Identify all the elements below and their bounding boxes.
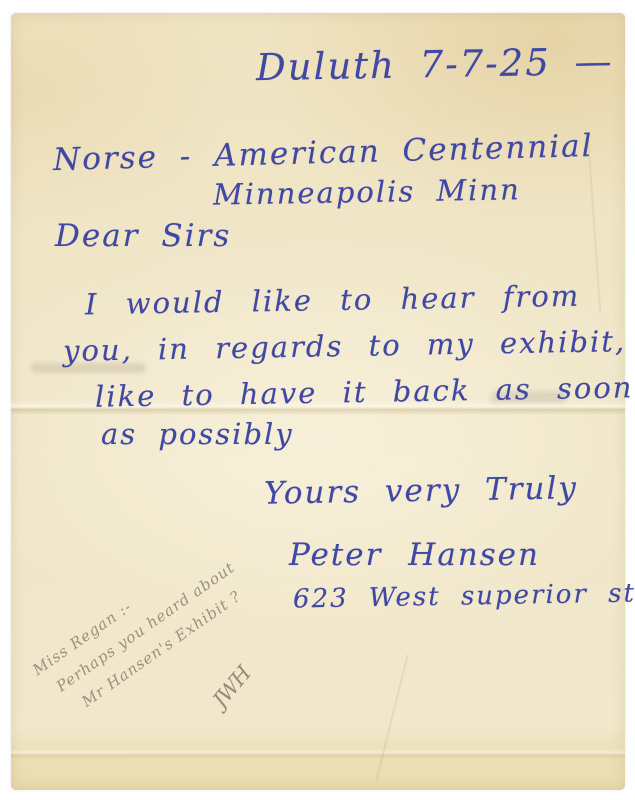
letter-recipient-org: Norse - American Centennial [53,128,594,178]
pencil-initials: JWH [208,662,256,712]
letter-body-line: I would like to hear from [85,279,581,322]
letter-dateline: Duluth 7-7-25 — [256,40,614,89]
letter-recipient-city: Minneapolis Minn [213,172,521,211]
fold-crease-bottom [11,749,625,759]
scanned-letter: Duluth 7-7-25 — Norse - American Centenn… [0,0,635,800]
letter-body-line: as possibly [101,417,294,451]
paper-crease [375,655,408,782]
letter-body-line: you, in regards to my exhibit, [63,324,627,368]
letter-salutation: Dear Sirs [55,218,231,254]
letter-address: 623 West superior street [293,577,635,614]
letter-signature: Peter Hansen [289,537,540,573]
letter-paper: Duluth 7-7-25 — Norse - American Centenn… [11,13,625,790]
letter-closing: Yours very Truly [264,470,579,511]
